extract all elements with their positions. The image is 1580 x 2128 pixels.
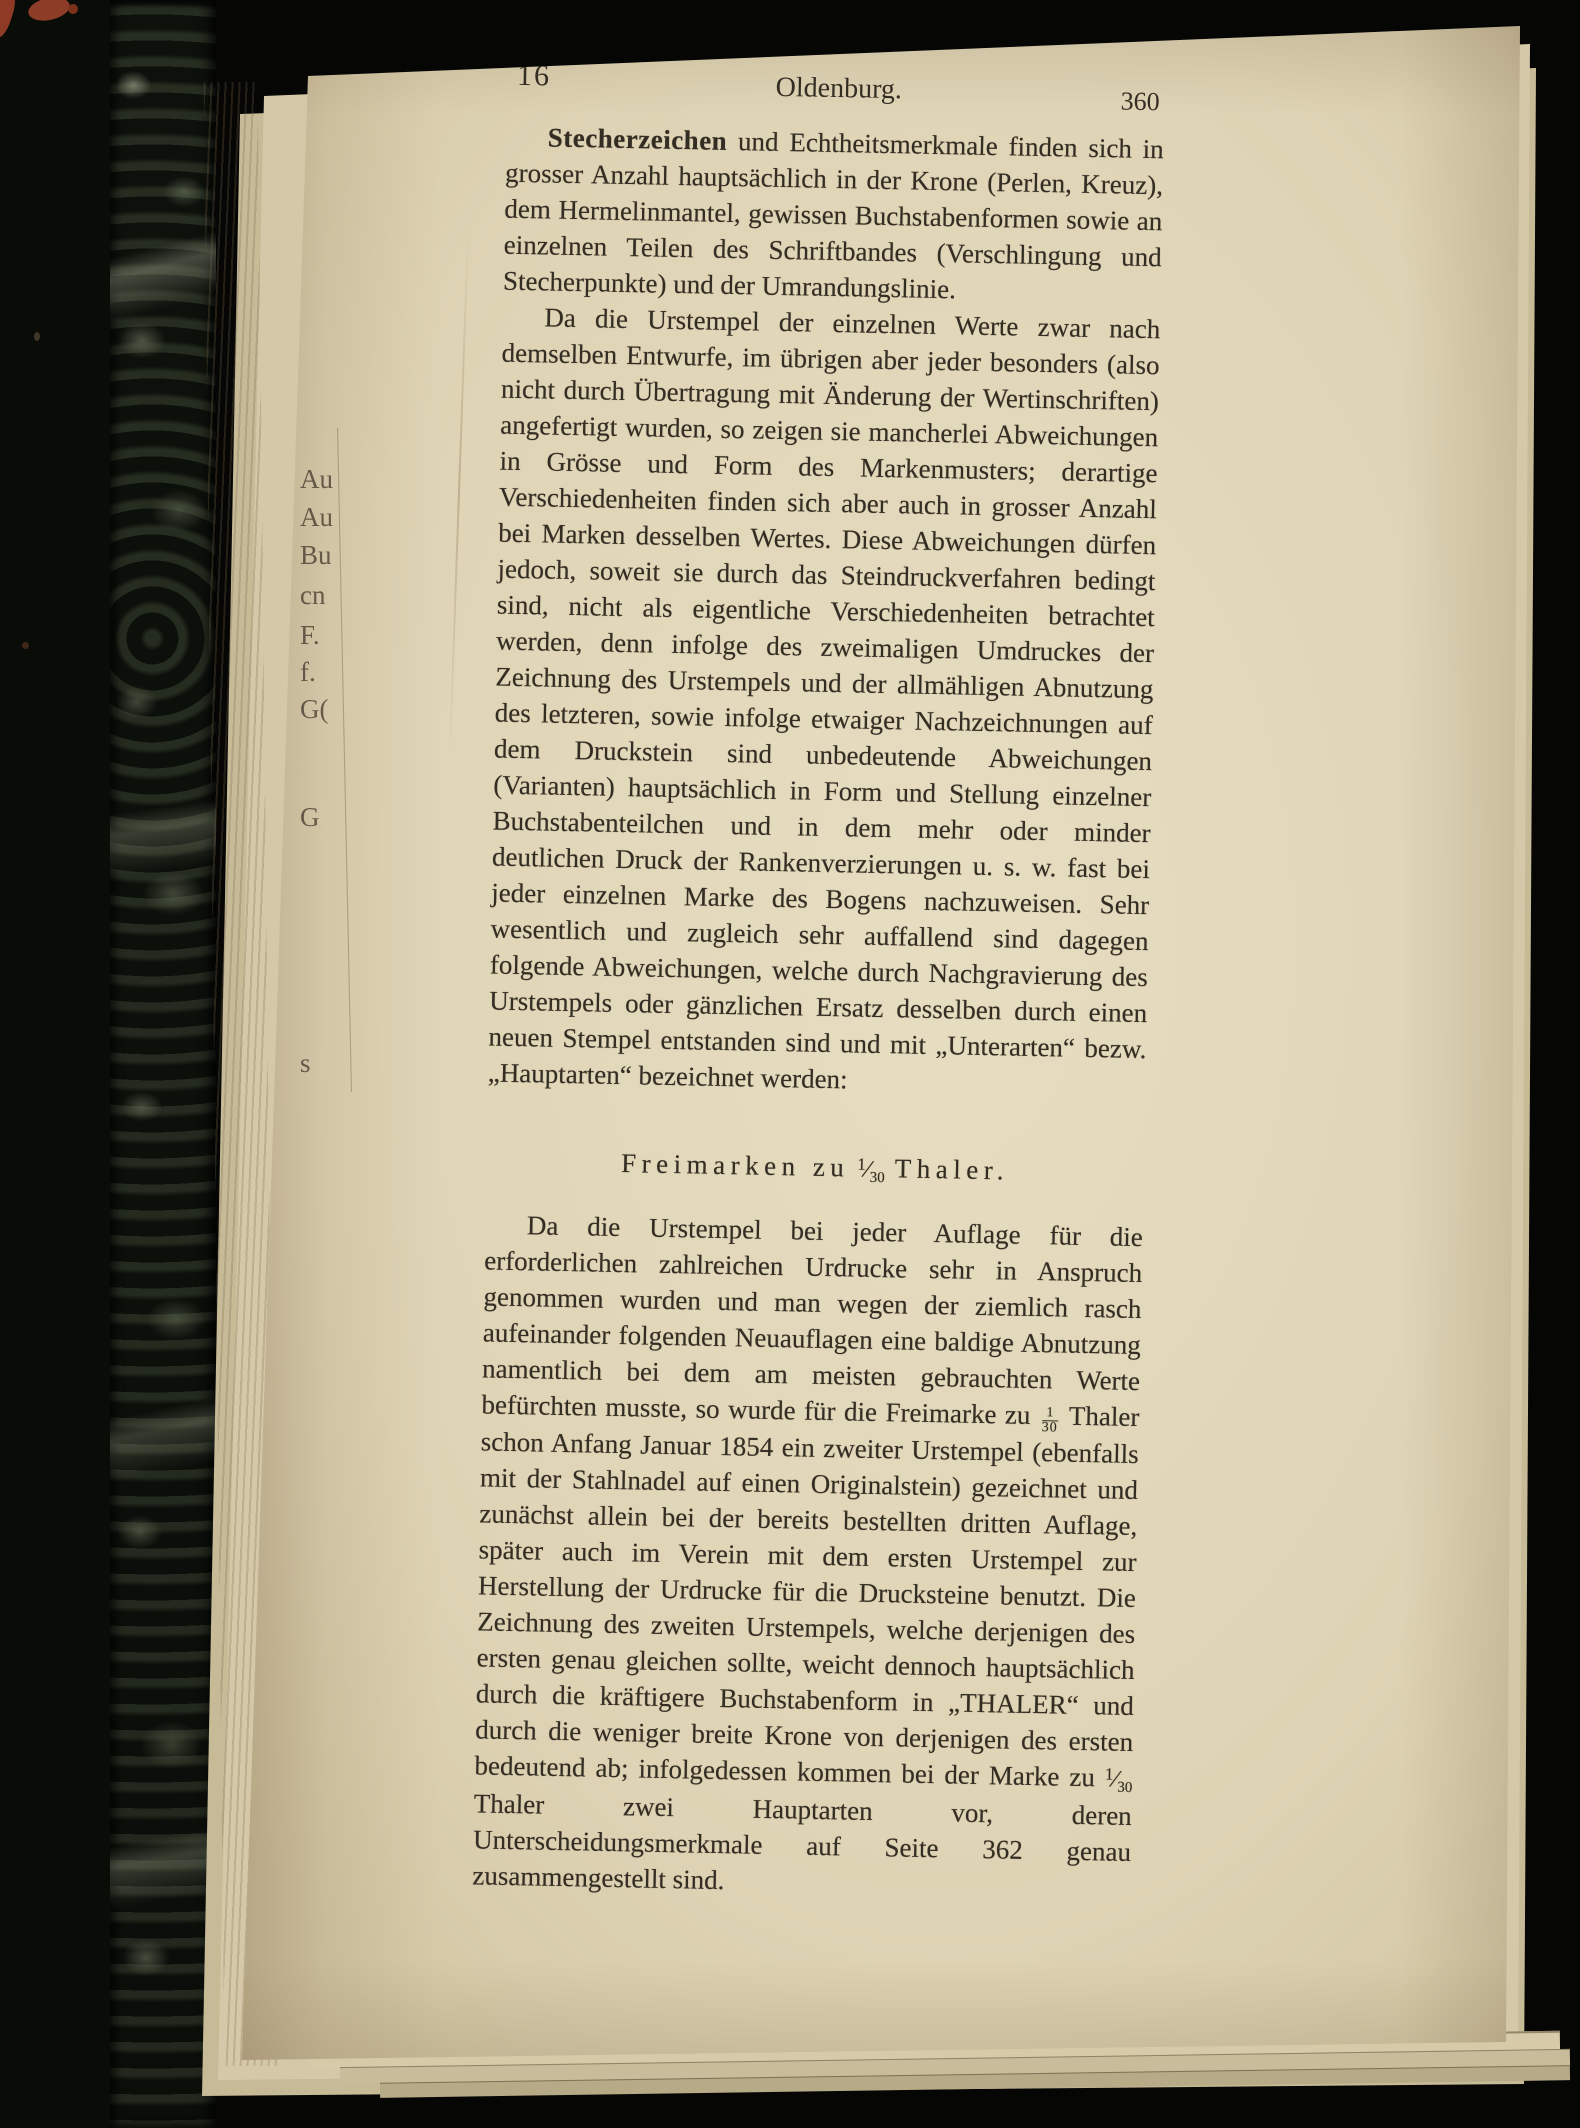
underlying-page-text-fragments: Au Au Bu cn F. f. G( G s: [298, 430, 334, 1090]
ghost-letter: cn: [300, 580, 325, 611]
ghost-letter: Bu: [300, 540, 332, 571]
fraction-numerator: 1: [857, 1155, 866, 1174]
running-title: Oldenburg.: [709, 71, 970, 108]
ghost-letter: Au: [300, 464, 333, 495]
ghost-letter: Au: [300, 502, 333, 533]
paragraph-text: Thaler schon Anfang Januar 1854 ein zwei…: [474, 1401, 1139, 1793]
text-column: Stecherzeichen und Echtheitsmerkmale fin…: [472, 119, 1164, 1906]
marbling-red-mark: [68, 4, 78, 14]
fraction-denominator: 30: [870, 1170, 885, 1186]
paragraph-text: Da die Urstempel bei jeder Auflage für d…: [481, 1210, 1143, 1430]
paragraph-lead-bold: Stecherzeichen: [548, 122, 728, 155]
section-heading: Freimarken zu1⁄30Thaler.: [486, 1142, 1145, 1193]
binding-speck: [34, 332, 40, 341]
paragraph-stecherzeichen: Stecherzeichen und Echtheitsmerkmale fin…: [503, 119, 1164, 312]
ghost-letter: F.: [300, 620, 320, 651]
marbling-red-mark: [26, 0, 72, 24]
stacked-fraction-one-thirtieth: 130: [1042, 1407, 1059, 1434]
ghost-letter: f.: [300, 657, 316, 688]
ghost-letter: G: [300, 802, 320, 833]
ghost-letter: s: [300, 1048, 311, 1079]
page-number-left: 16: [517, 59, 552, 94]
fraction-numerator: 1: [1105, 1764, 1114, 1783]
marbling-red-mark: [0, 0, 19, 40]
book-page: 16 Oldenburg. 360 Stecherzeichen und Ech…: [230, 20, 1530, 2070]
paragraph-urstempel: Da die Urstempel der einzelnen Werte zwa…: [488, 299, 1161, 1103]
heading-text: Freimarken zu: [621, 1148, 850, 1182]
fraction-one-thirtieth: 1⁄30: [857, 1153, 885, 1184]
fraction-denominator: 30: [1117, 1780, 1132, 1796]
ghost-letter: G(: [300, 694, 329, 725]
folio-number: 360: [1120, 86, 1160, 117]
heading-text: Thaler.: [895, 1153, 1010, 1185]
binding-speck: [22, 642, 29, 649]
fraction-denominator: 30: [1042, 1421, 1058, 1434]
page-content: 16 Oldenburg. 360 Stecherzeichen und Ech…: [211, 8, 1550, 2083]
paragraph-text: Thaler zwei Hauptarten vor, deren Unters…: [472, 1788, 1132, 1895]
marbling-veins: [110, 0, 216, 2128]
fraction-one-thirtieth: 1⁄30: [1105, 1762, 1133, 1793]
paragraph-freimarken: Da die Urstempel bei jeder Auflage für d…: [472, 1206, 1143, 1906]
book-scan-photo: 16 Oldenburg. 360 Stecherzeichen und Ech…: [0, 0, 1580, 2128]
